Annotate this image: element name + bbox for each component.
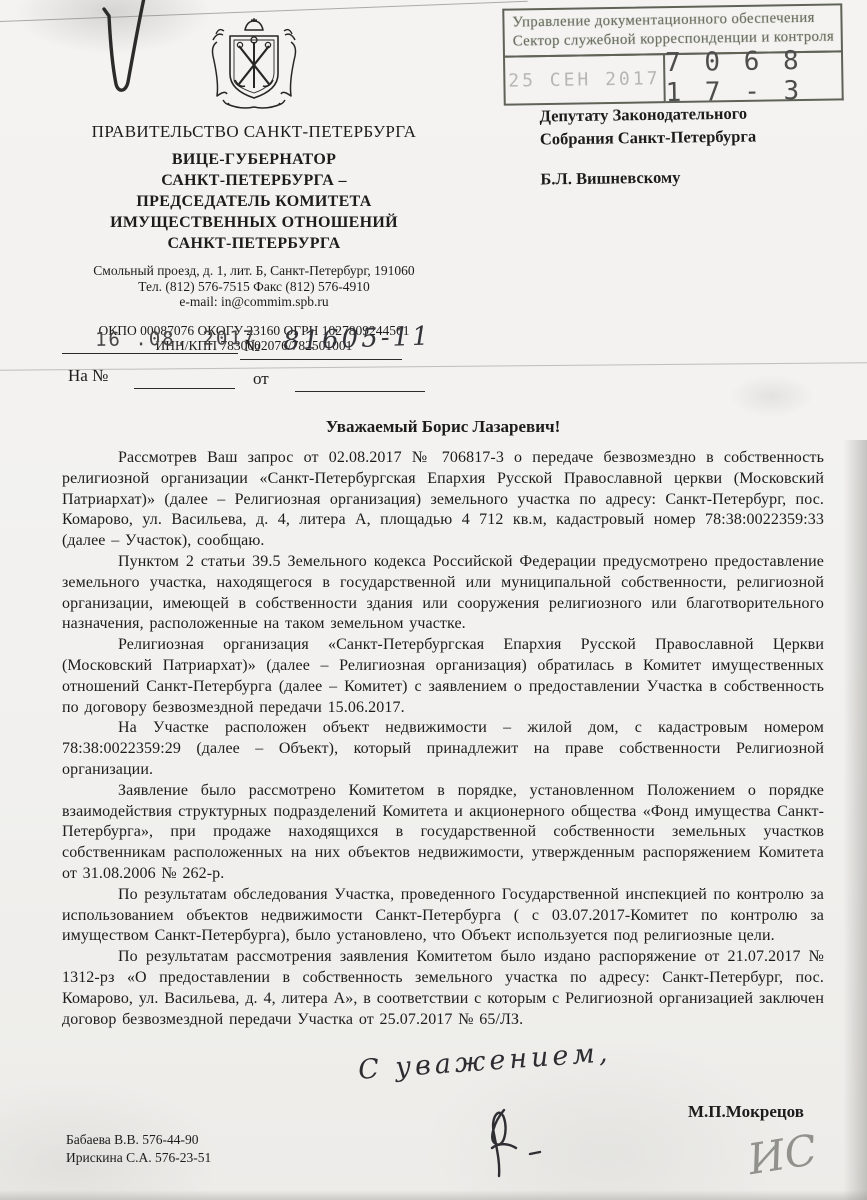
stamp-number: 7 0 6 8 1 7 - 3 — [665, 50, 844, 103]
stamp-date: 25 СЕН 2017 — [503, 53, 666, 106]
email-line: e-mail: in@commim.spb.ru — [55, 294, 453, 310]
outgoing-number-handwritten: 81605-11 — [283, 321, 433, 356]
body-paragraph: На Участке расположен объект недвижимост… — [62, 718, 824, 780]
signer-name: М.П.Мокрецов — [688, 1102, 804, 1122]
coat-of-arms-icon — [179, 16, 329, 116]
on-number-label: На № — [68, 366, 108, 386]
scanned-letter-page: ПРАВИТЕЛЬСТВО САНКТ-ПЕТЕРБУРГА ВИЦЕ-ГУБЕ… — [0, 0, 867, 1200]
paper-crease-line — [0, 362, 867, 371]
from-underline — [295, 391, 425, 392]
page-bottom-shadow — [0, 1190, 867, 1200]
body-paragraph: По результатам рассмотрения заявления Ко… — [62, 947, 824, 1030]
date-underline — [62, 353, 238, 354]
government-title: ПРАВИТЕЛЬСТВО САНКТ-ПЕТЕРБУРГА — [55, 122, 453, 142]
from-label: от — [253, 369, 269, 389]
letterhead: ПРАВИТЕЛЬСТВО САНКТ-ПЕТЕРБУРГА ВИЦЕ-ГУБЕ… — [55, 16, 453, 354]
handwritten-mark: ИС — [745, 1125, 821, 1184]
executor-line: Ирискина С.А. 576-23-51 — [66, 1149, 211, 1167]
number-underline — [240, 359, 402, 360]
body-paragraph: Пунктом 2 статьи 39.5 Земельного кодекса… — [62, 552, 824, 635]
recipient-line: Депутату Законодательного — [539, 101, 756, 127]
stamp-value-row: 25 СЕН 2017 7 0 6 8 1 7 - 3 — [503, 50, 844, 105]
recipient-name: Б.Л. Вишневскому — [540, 164, 757, 190]
body-paragraph: Религиозная организация «Санкт-Петербург… — [62, 635, 824, 718]
body-paragraph: Рассмотрев Ваш запрос от 02.08.2017 № 70… — [62, 448, 824, 552]
signature-icon — [474, 1092, 564, 1182]
body-paragraph: Заявление было рассмотрено Комитетом в п… — [62, 781, 824, 885]
greeting: Уважаемый Борис Лазаревич! — [62, 417, 824, 437]
address-line: Смольный проезд, д. 1, лит. Б, Санкт-Пет… — [55, 263, 453, 279]
registration-stamp: Управление документационного обеспечения… — [502, 3, 843, 105]
outgoing-date-stamp: 16 .08. 2017 — [95, 327, 257, 351]
letter-body: Уважаемый Борис Лазаревич! Рассмотрев Ва… — [62, 417, 824, 1030]
office-title-line: ВИЦЕ-ГУБЕРНАТОР — [55, 149, 453, 170]
recipient-block: Депутату Законодательного Собрания Санкт… — [539, 101, 756, 190]
phone-line: Тел. (812) 576-7515 Факс (812) 576-4910 — [55, 279, 453, 295]
executor-line: Бабаева В.В. 576-44-90 — [66, 1131, 211, 1149]
body-paragraph: По результатам обследования Участка, про… — [62, 885, 824, 947]
page-right-shadow — [843, 440, 867, 1200]
closing-handwritten: С уважением, — [357, 1037, 612, 1086]
executors-block: Бабаева В.В. 576-44-90 Ирискина С.А. 576… — [66, 1131, 211, 1166]
office-title-line: САНКТ-ПЕТЕРБУРГА — [55, 233, 453, 254]
on-number-underline — [134, 388, 235, 389]
contact-block: Смольный проезд, д. 1, лит. Б, Санкт-Пет… — [55, 263, 453, 310]
office-title-line: САНКТ-ПЕТЕРБУРГА – — [55, 170, 453, 191]
recipient-line: Собрания Санкт-Петербурга — [540, 124, 757, 150]
office-title-line: ПРЕДСЕДАТЕЛЬ КОМИТЕТА — [55, 191, 453, 212]
number-sign: № — [244, 336, 260, 356]
office-title: ВИЦЕ-ГУБЕРНАТОР САНКТ-ПЕТЕРБУРГА – ПРЕДС… — [55, 149, 453, 254]
office-title-line: ИМУЩЕСТВЕННЫХ ОТНОШЕНИЙ — [55, 212, 453, 233]
